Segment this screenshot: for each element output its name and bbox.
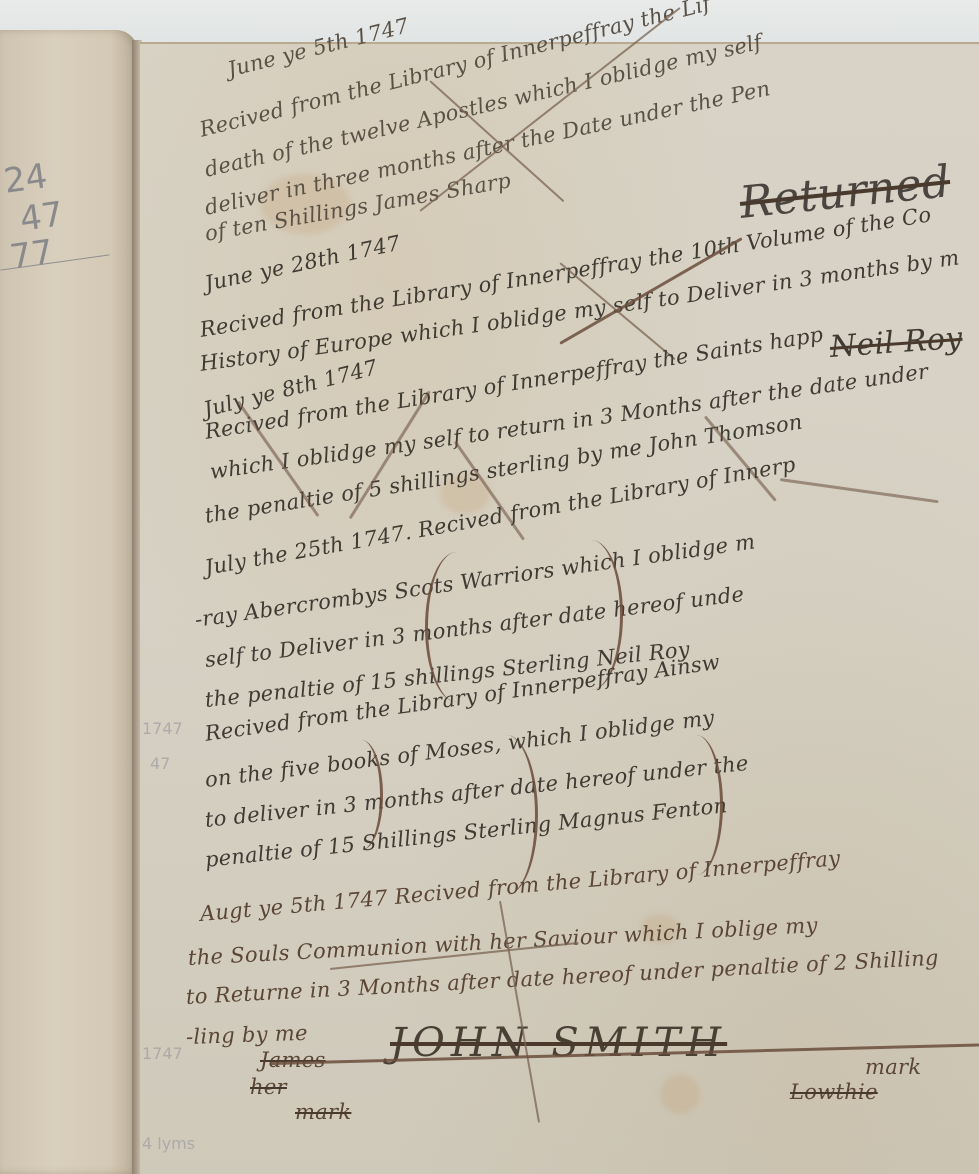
struck-name: her (250, 1075, 287, 1099)
margin-pencil-note: 47 (150, 754, 170, 773)
strike-arc (340, 740, 383, 850)
margin-pencil-note: 1747 (142, 719, 183, 738)
margin-pencil-note: 1747 (142, 1044, 183, 1063)
struck-name: mark (295, 1100, 351, 1124)
strike-arc (475, 735, 538, 895)
pencil-number-3: 77 (8, 235, 56, 275)
paper-stain (660, 1074, 700, 1114)
mark-label: mark (865, 1055, 921, 1079)
strike-arc (425, 552, 488, 702)
struck-name: Lowthie (790, 1080, 878, 1104)
margin-pencil-note: 4 lyms (142, 1134, 195, 1153)
pencil-number-1: 24 (2, 159, 50, 199)
strike-arc (670, 735, 723, 875)
left-page: 24 47 77 (0, 30, 138, 1174)
pencil-number-2: 47 (18, 197, 66, 237)
entry-line: -ling by me (186, 1021, 309, 1049)
